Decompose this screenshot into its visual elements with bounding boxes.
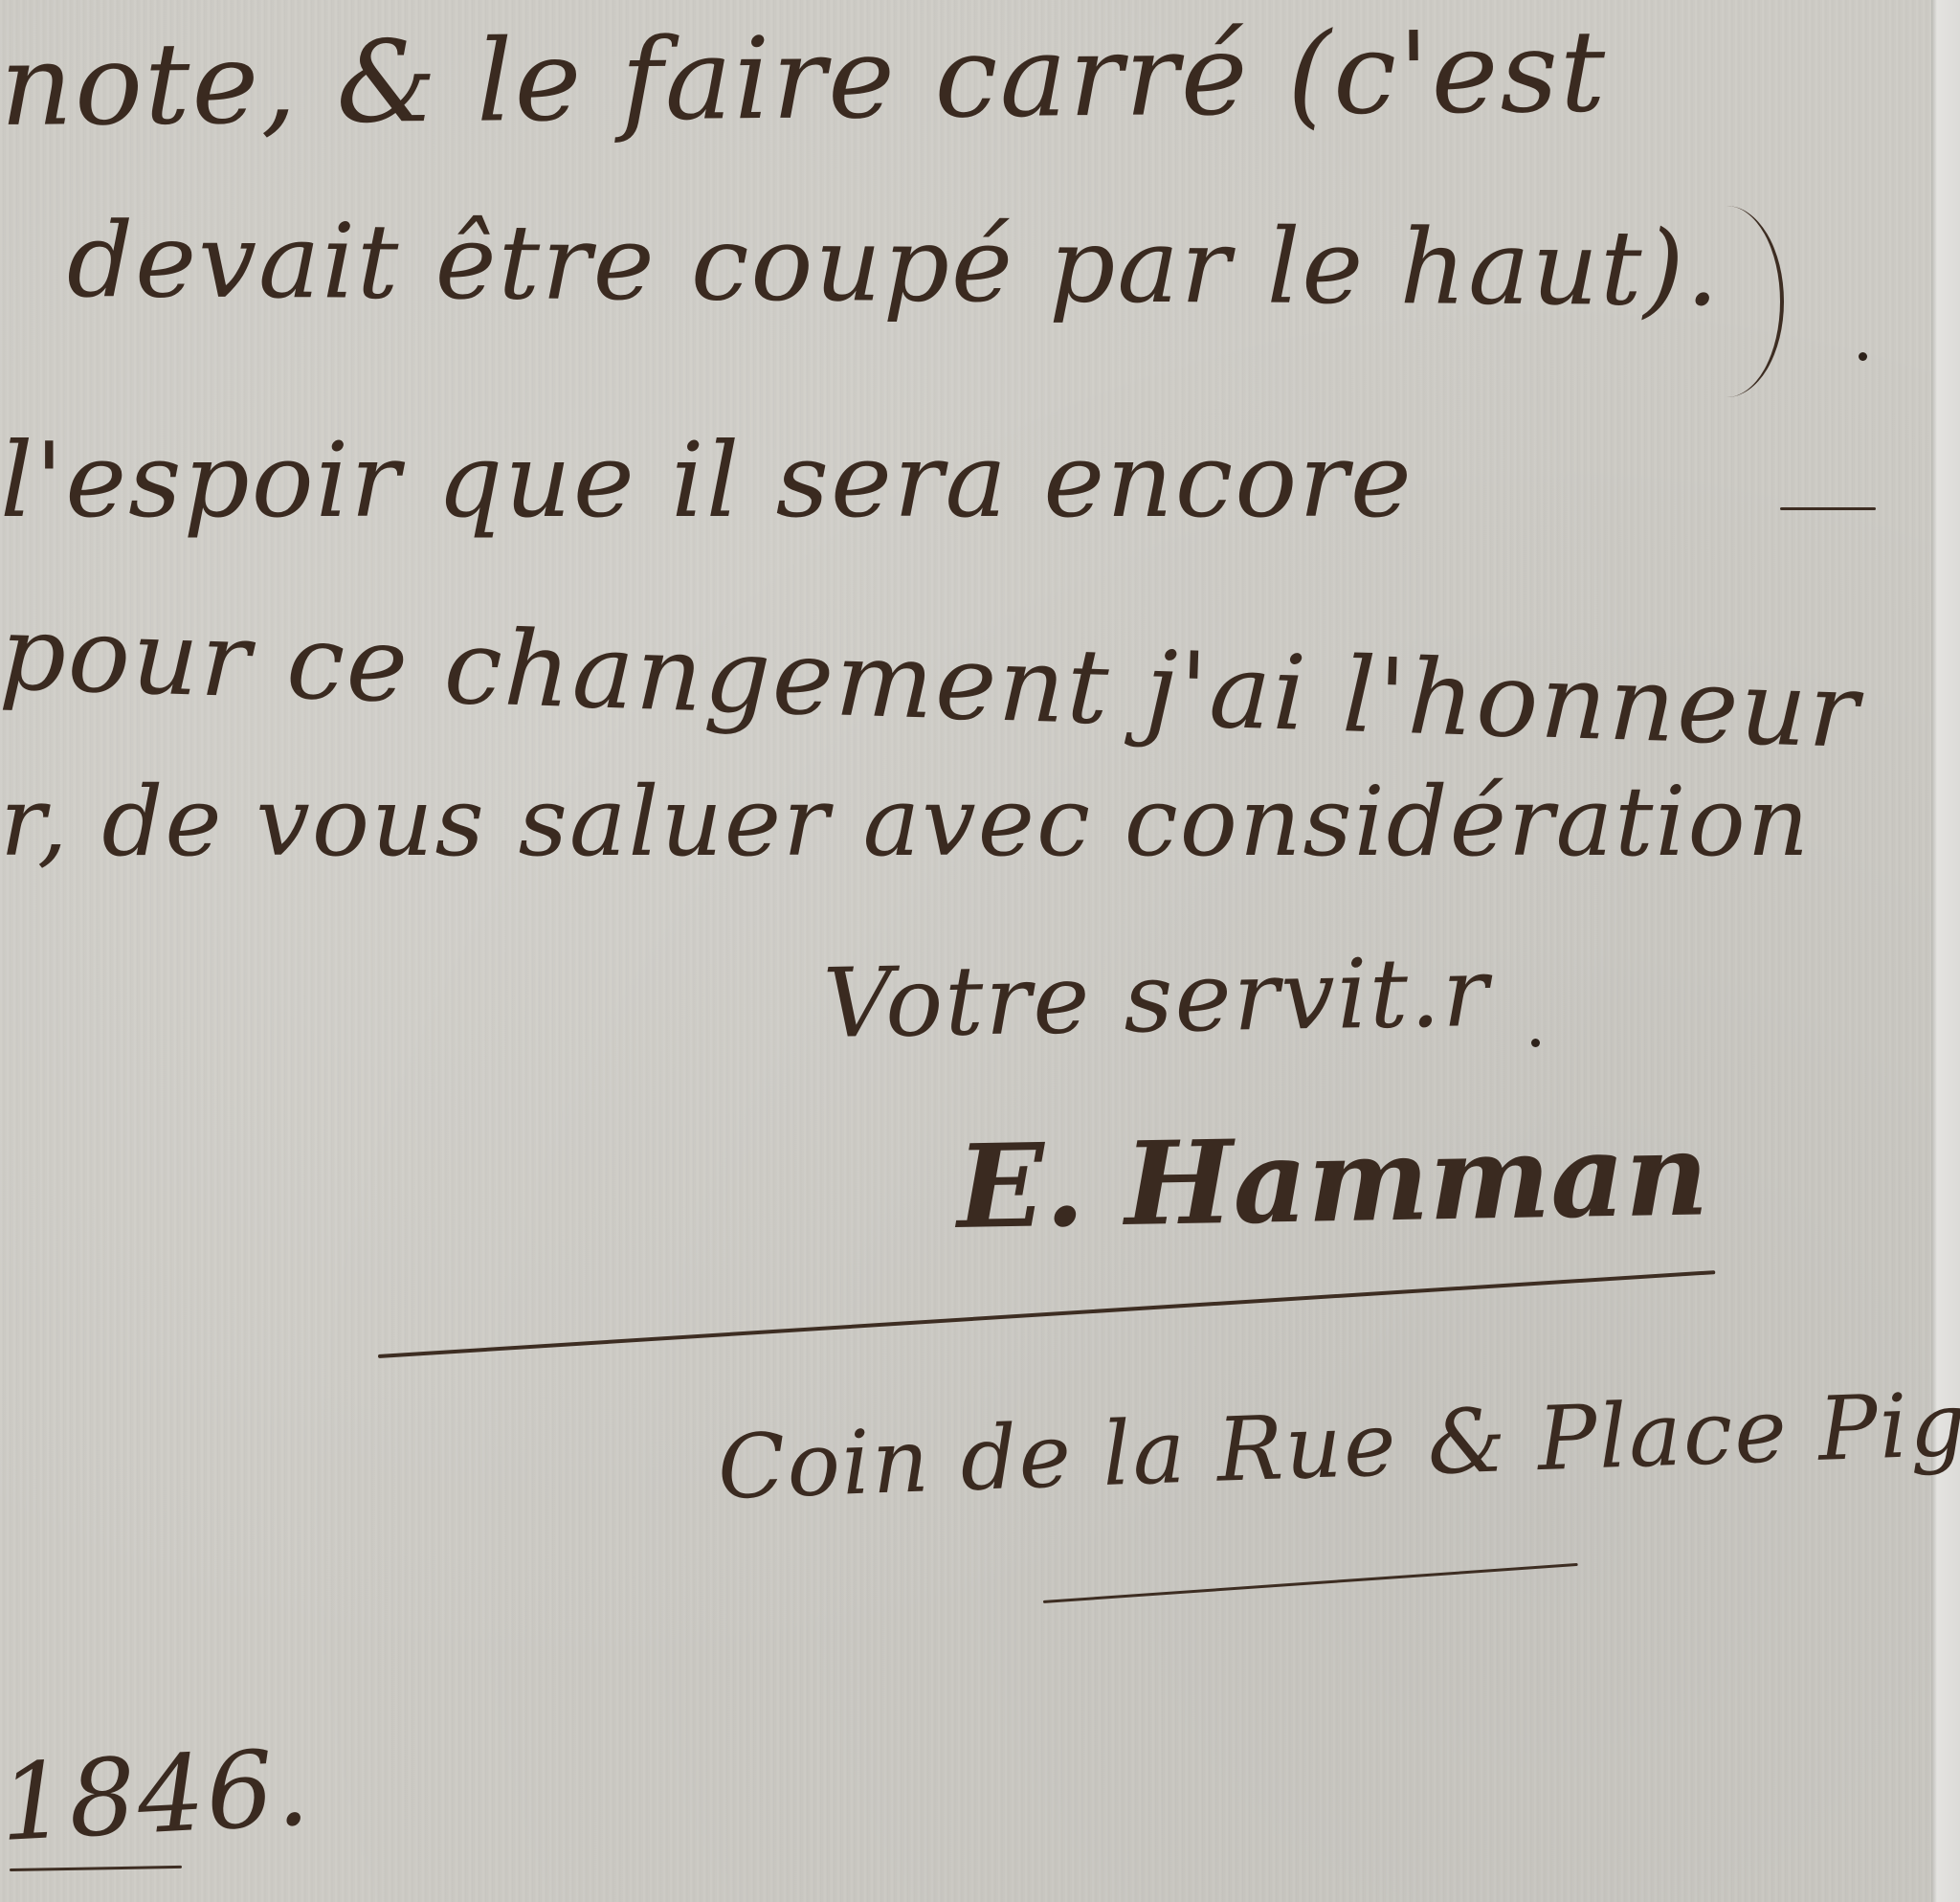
letter-line-2: devait être coupé par le haut). xyxy=(67,201,1722,329)
paper-edge xyxy=(1931,0,1960,1902)
ink-dot xyxy=(1859,352,1867,361)
closing-salutation: Votre servit.r xyxy=(822,936,1491,1060)
line-end-flourish xyxy=(1780,507,1876,510)
letter-line-1: note, & le faire carré (c'est xyxy=(0,5,1608,151)
letter-line-3: l'espoir que il sera encore xyxy=(0,421,1414,541)
letter-line-5: r, de vous saluer avec considération xyxy=(0,766,1811,878)
signature: E. Hamman xyxy=(956,1107,1709,1255)
letter-date: 1846. xyxy=(0,1726,314,1865)
ink-dot xyxy=(1531,1039,1540,1047)
